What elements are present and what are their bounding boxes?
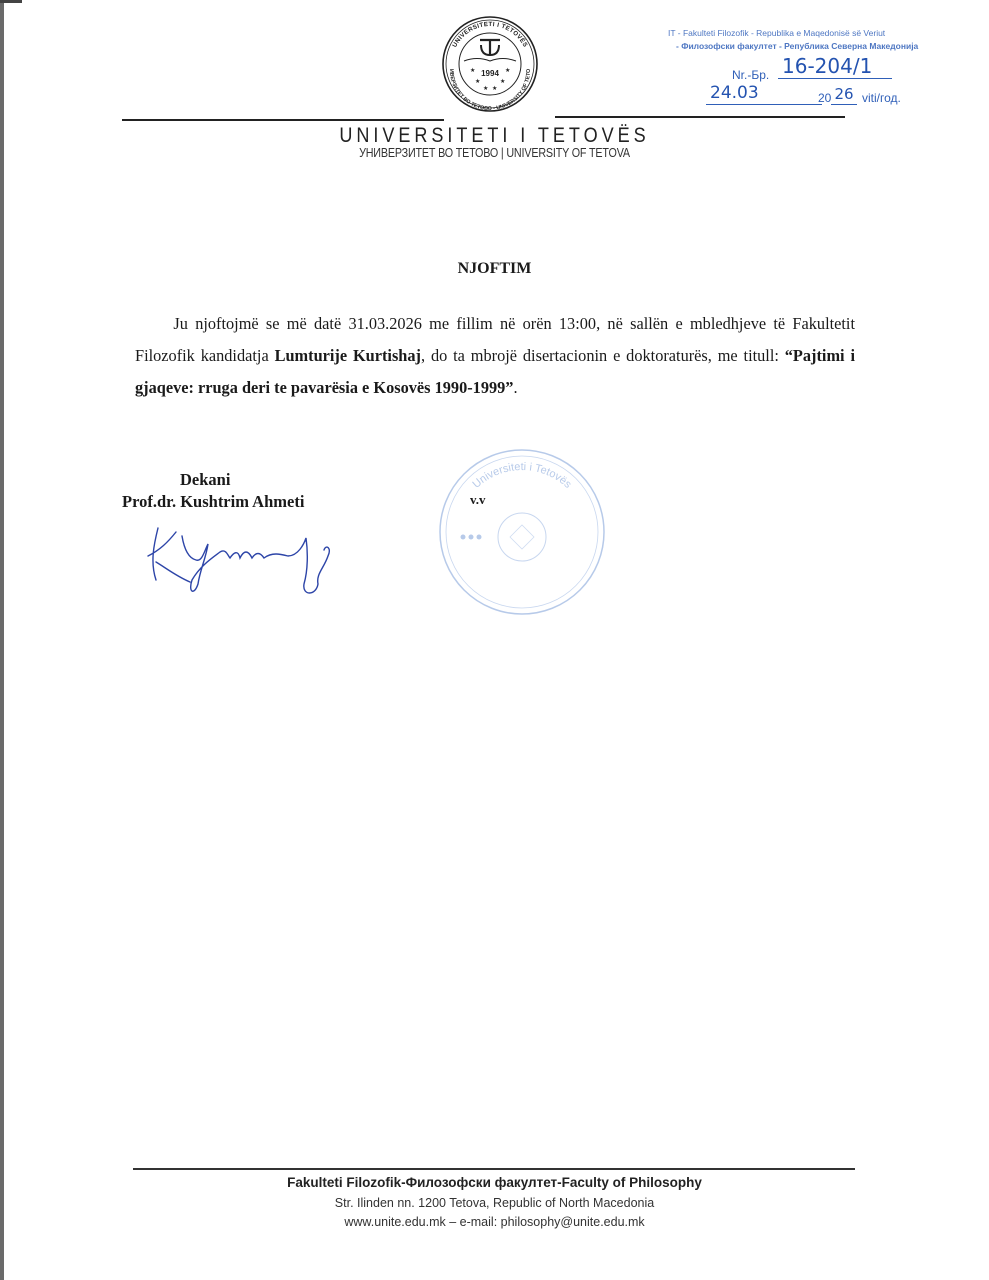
registry-year-prefix: 20 (818, 91, 831, 105)
footer-faculty-name: Fakulteti Filozofik-Филозофски факултет-… (0, 1175, 989, 1190)
scan-edge-mark (0, 0, 22, 3)
svg-text:★: ★ (470, 67, 475, 74)
notice-text-part2: , do ta mbrojë disertacionin e doktoratu… (421, 346, 785, 365)
registry-year-value: 26 (831, 84, 857, 105)
registry-year-suffix: viti/год. (862, 91, 901, 105)
registry-date-value: 24.03 (706, 82, 822, 105)
footer-address: Str. Ilinden nn. 1200 Tetova, Republic o… (0, 1196, 989, 1210)
registry-stamp-line2: - Филозофски факултет - Република Северн… (676, 41, 918, 51)
notice-title: NJOFTIM (0, 260, 989, 278)
svg-text:★: ★ (505, 67, 510, 74)
svg-text:★: ★ (483, 85, 488, 92)
svg-text:1994: 1994 (481, 69, 499, 78)
faculty-seal-stamp-icon: Universiteti i Tetovës (435, 445, 610, 620)
svg-text:★: ★ (500, 78, 505, 85)
svg-text:★: ★ (475, 78, 480, 85)
university-name: UNIVERSITETI I TETOVËS (69, 124, 920, 148)
dean-name: Prof.dr. Kushtrim Ahmeti (122, 492, 304, 512)
registry-number-value: 16-204/1 (778, 54, 892, 79)
header-rule-right (555, 116, 845, 118)
candidate-name: Lumturije Kurtishaj (275, 346, 421, 365)
university-seal-icon: UNIVERSITETI I TETOVËS УНИВЕРЗИТЕТ ВО ТЕ… (428, 14, 552, 114)
footer-rule (133, 1168, 855, 1170)
registry-stamp-line1: IT - Fakulteti Filozofik - Republika e M… (668, 28, 885, 38)
vv-mark: v.v (470, 492, 486, 508)
registry-number-label: Nr.-Бр. (732, 68, 769, 82)
scan-edge-line (0, 0, 4, 1280)
dean-role: Dekani (180, 470, 230, 490)
university-subtitle: УНИВЕРЗИТЕТ ВО ТЕТОВО | UNIVERSITY OF TE… (69, 146, 920, 160)
svg-text:★: ★ (492, 85, 497, 92)
notice-text-part3: . (513, 378, 517, 397)
handwritten-signature-icon (140, 522, 350, 600)
footer-contact: www.unite.edu.mk – e-mail: philosophy@un… (0, 1215, 989, 1229)
header-rule-left (122, 119, 444, 121)
notice-paragraph: Ju njoftojmë se më datë 31.03.2026 me fi… (135, 308, 855, 404)
